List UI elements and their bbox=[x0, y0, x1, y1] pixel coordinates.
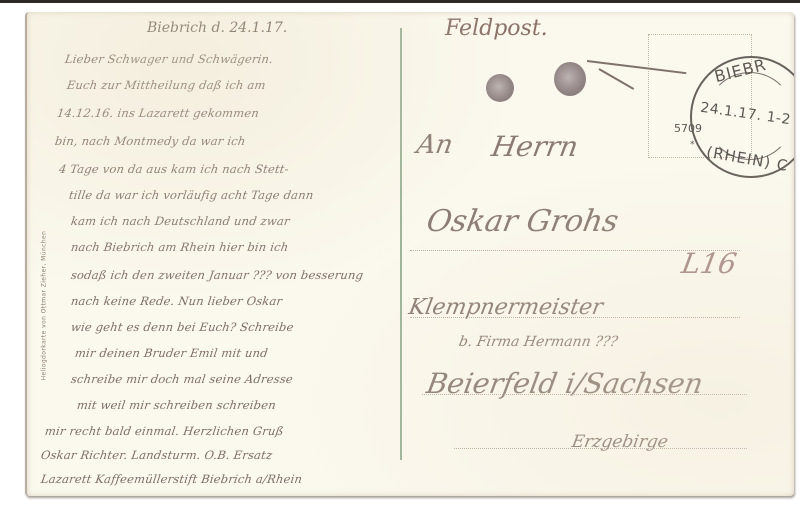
recipient-city: Beierfeld i/Sachsen bbox=[424, 367, 706, 400]
salutation-an: An bbox=[414, 130, 455, 160]
message-line: Lazarett Kaffeemüllerstift Biebrich a/Rh… bbox=[40, 472, 303, 486]
recipient-region: Erzgebirge bbox=[570, 432, 669, 452]
center-divider bbox=[400, 28, 402, 460]
address-line bbox=[422, 394, 747, 395]
pen-stroke bbox=[599, 68, 635, 90]
wax-seal-icon bbox=[554, 62, 586, 96]
scan-top-edge bbox=[0, 0, 800, 3]
message-line: bin, nach Montmedy da war ich bbox=[54, 134, 246, 148]
address-line bbox=[410, 317, 740, 318]
printer-imprint: Heliogdorkarte von Ottmar Zieher, Münche… bbox=[40, 231, 47, 381]
postcard: Biebrich d. 24.1.17. Lieber Schwager und… bbox=[25, 12, 794, 496]
message-line: sodaß ich den zweiten Januar ??? von bes… bbox=[70, 268, 364, 282]
address-line bbox=[454, 448, 747, 449]
message-line: kam ich nach Deutschland und zwar bbox=[70, 214, 291, 228]
feldpost-header: Feldpost. bbox=[445, 16, 548, 41]
message-line: schreibe mir doch mal seine Adresse bbox=[70, 372, 294, 386]
postmark-code: 5709 bbox=[674, 122, 702, 135]
message-line: tille da war ich vorläufig acht Tage dan… bbox=[68, 188, 314, 202]
salutation-herrn: Herrn bbox=[489, 130, 581, 163]
message-line: Lieber Schwager und Schwägerin. bbox=[64, 52, 274, 66]
message-line: wie geht es denn bei Euch? Schreibe bbox=[70, 320, 295, 334]
recipient-name: Oskar Grohs bbox=[424, 204, 621, 239]
address-annotation: L16 bbox=[679, 247, 739, 280]
message-line: mit weil mir schreiben schreiben bbox=[76, 398, 277, 412]
message-line: nach Biebrich am Rhein hier bin ich bbox=[70, 240, 289, 254]
wax-seal-icon bbox=[486, 74, 514, 102]
message-line: Oskar Richter. Landsturm. O.B. Ersatz bbox=[40, 448, 273, 462]
message-line: mir deinen Bruder Emil mit und bbox=[74, 346, 269, 360]
recipient-care-of: b. Firma Hermann ??? bbox=[458, 334, 619, 350]
message-line: nach keine Rede. Nun lieber Oskar bbox=[70, 294, 283, 308]
message-line: mir recht bald einmal. Herzlichen Gruß bbox=[44, 424, 285, 438]
message-date: Biebrich d. 24.1.17. bbox=[147, 20, 287, 36]
message-line: 4 Tage von da aus kam ich nach Stett- bbox=[58, 162, 290, 176]
postmark-star-icon: * bbox=[690, 140, 695, 150]
message-line: 14.12.16. ins Lazarett gekommen bbox=[56, 106, 260, 120]
message-line: Euch zur Mittheilung daß ich am bbox=[66, 78, 267, 92]
postmark-icon: BIEBR 24.1.17. 1-2 5709 * (RHEIN) C bbox=[690, 56, 794, 178]
